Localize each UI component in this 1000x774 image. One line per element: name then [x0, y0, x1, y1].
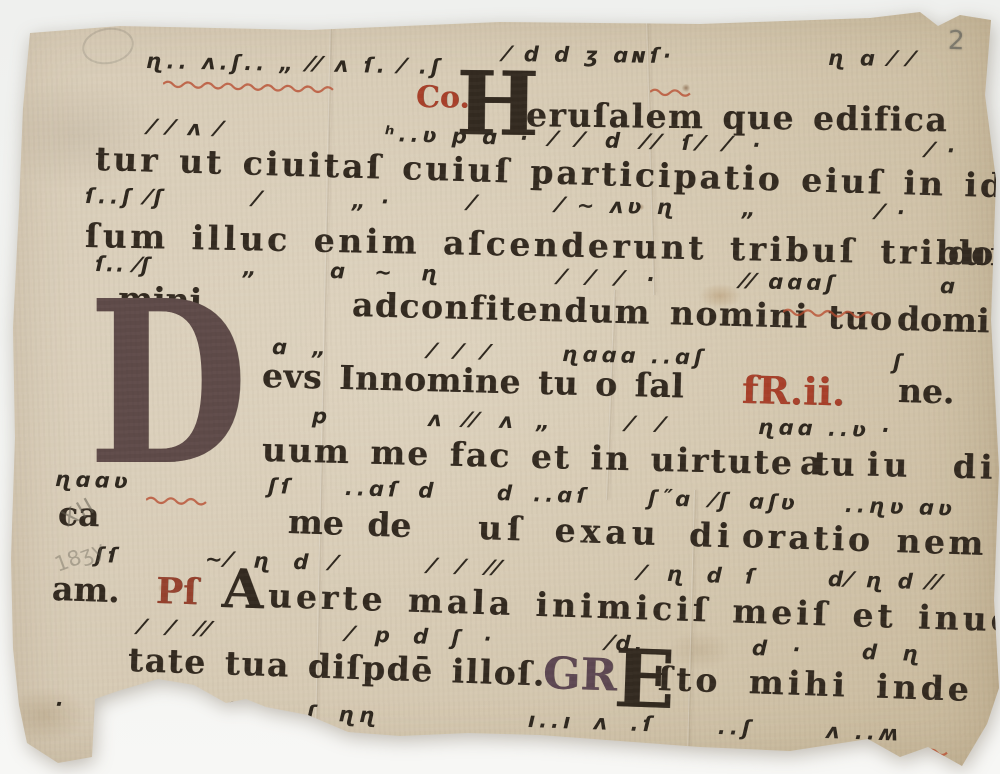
- neume-group: ⁄ ·: [878, 202, 909, 224]
- manuscript-photo: ɳ.. ʌ.ʃ.. „ ⁄⁄ ʌ ſ. ⁄ .ʃ⁄ d d ʒ ɑɴſ·ɳ ɑ …: [0, 0, 1000, 774]
- neume-group: ⁄ ⁄ ⁄⁄: [430, 556, 503, 579]
- neume-group: ⁄: [255, 189, 263, 210]
- chant-text: tur ut ciuitaſ cuiuſ participatio eiuſ i…: [95, 142, 1000, 204]
- neume-group: p: [312, 406, 332, 427]
- red-squiggle-mark: [146, 494, 208, 508]
- chant-text: ſto mihi inde: [657, 662, 973, 706]
- parchment-fragment: ɳ.. ʌ.ʃ.. „ ⁄⁄ ʌ ſ. ⁄ .ʃ⁄ d d ʒ ɑɴſ·ɳ ɑ …: [0, 0, 1000, 774]
- neume-group: ɳɑɑ ..ʋ ·: [758, 417, 894, 441]
- red-squiggle-mark: [650, 86, 694, 100]
- neume-group: ʰ..ʋ p ɑ: [385, 124, 502, 148]
- chant-text: do: [948, 236, 994, 270]
- chant-text: am.: [51, 572, 120, 607]
- parchment-surface: ɳ.. ʌ.ʃ.. „ ⁄⁄ ʌ ſ. ⁄ .ʃ⁄ d d ʒ ɑɴſ·ɳ ɑ …: [0, 0, 1000, 774]
- neume-group: ı..ı ʌ .ſ: [528, 710, 656, 735]
- neume-group: ɳ ɑ ⁄ ⁄: [828, 48, 917, 70]
- neume-group: ɑ: [940, 276, 960, 297]
- neume-group: ʌ ⁄⁄ ʌ „: [428, 409, 554, 433]
- neume-group: ʌ ʃſ: ..ʃ ɳɳ: [188, 699, 380, 727]
- neume-group: ɑ ~ ɳ: [330, 261, 442, 285]
- neume-group: d⁄ ɳ d ⁄⁄: [828, 569, 944, 594]
- chant-text: me de: [287, 505, 412, 542]
- chant-text: uſ exau di: [477, 511, 735, 552]
- chant-text: oratio nem me: [741, 519, 1000, 563]
- neume-group: ⁄: [470, 193, 478, 214]
- neume-group: ʌ ..ʍ: [826, 721, 903, 745]
- neume-group: · ⁄ ⁄ d ⁄⁄ ſ⁄ ⁄ ·: [520, 128, 769, 156]
- neume-group: ·: [55, 694, 68, 715]
- neume-group: „: [742, 199, 760, 220]
- chant-text: domi: [897, 302, 990, 337]
- neume-group: ⁄ ⁄ ⁄ ·: [560, 267, 659, 291]
- neume-group: ⁄ ⁄ ʌ ⁄: [150, 117, 225, 140]
- neume-group: „ ·: [352, 191, 393, 213]
- red-squiggle-mark: [163, 78, 340, 96]
- chant-content: ɳ.. ʌ.ʃ.. „ ⁄⁄ ʌ ſ. ⁄ .ʃ⁄ d d ʒ ɑɴſ·ɳ ɑ …: [0, 0, 1000, 774]
- chant-text: a iu di: [800, 446, 997, 484]
- neume-group: ⁄ ·: [928, 140, 959, 162]
- neume-group: ʃſ: [268, 476, 295, 498]
- initial-a: A: [221, 561, 265, 616]
- neume-group: ..ɑſ d: [345, 478, 438, 502]
- neume-group: ɳ.. ʌ.ʃ.. „ ⁄⁄ ʌ ſ. ⁄ .ʃ: [146, 51, 444, 78]
- neume-group: ..ʃ: [718, 717, 755, 739]
- neume-group: ⁄ p d ʃ ·: [348, 624, 496, 650]
- neume-group: ⁄ ɳ d ſ: [640, 563, 759, 588]
- neume-group: ⁄ ⁄: [628, 414, 667, 436]
- neume-group: ⁄ ⁄ ⁄⁄: [140, 617, 213, 641]
- folio-number: 2: [948, 28, 965, 55]
- chant-text: ne.: [898, 374, 955, 408]
- neume-group: ⁄ ~ ʌʋ ɳ: [558, 195, 678, 218]
- neume-group: d ɳ: [862, 642, 924, 665]
- neume-group: ⁄⁄ ɑɑɑʃ: [742, 271, 839, 294]
- neume-group: d ..ɑſ: [497, 483, 590, 507]
- rubric-graduale: GR: [542, 652, 618, 699]
- initial-d: D: [88, 272, 248, 497]
- rubric-fr-ii: fR.ii.: [742, 371, 846, 412]
- neume-group: ..ɳʋ ɑʋ: [845, 495, 957, 520]
- neume-group: d ·: [752, 638, 805, 661]
- chant-text: uum me fac et in uirtute tu: [262, 433, 857, 481]
- chant-text: evs Innomine tu o ſal: [262, 359, 685, 403]
- neume-group: ſ..ʃ ⁄ʃ: [85, 186, 167, 209]
- neume-group: ʃ˝ɑ ⁄ʃ ɑʃʋ: [648, 488, 800, 514]
- rubric-psalm: Pſ: [155, 573, 199, 610]
- red-squiggle-mark: [927, 746, 955, 759]
